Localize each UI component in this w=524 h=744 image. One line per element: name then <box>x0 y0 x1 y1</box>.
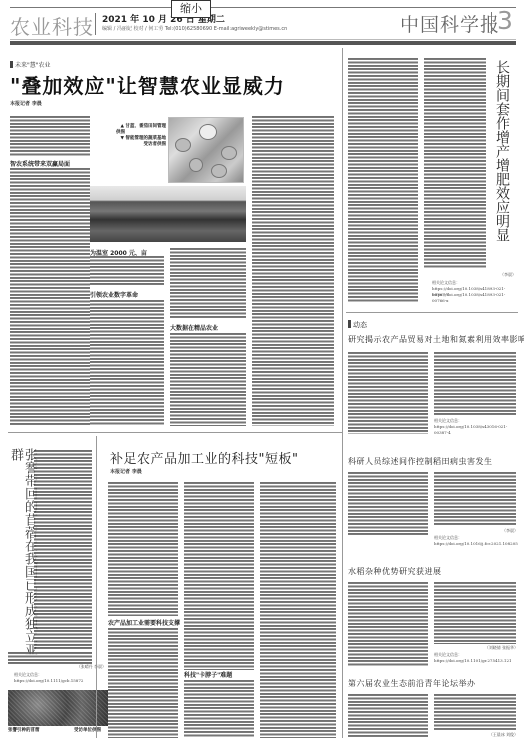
lead-body-text <box>170 248 246 318</box>
cabbage-closeup-photo <box>168 117 244 183</box>
news-headline-3[interactable]: 水稻杂种优势研究获进展 <box>348 566 442 577</box>
news-headline-2[interactable]: 科研人员综述间作控制稻田病虫害发生 <box>348 456 493 467</box>
lead-body-text <box>90 256 164 286</box>
farm-field-photo <box>90 186 246 242</box>
news-body-text <box>348 582 428 666</box>
left-reporter: （张晴丹 李晨） <box>66 664 106 670</box>
left-story-text <box>8 652 92 664</box>
news-body-text <box>434 472 516 526</box>
page-number: 3 <box>497 6 513 35</box>
news-section-label: 动态 <box>348 320 367 330</box>
middle-byline: 本报记者 李晨 <box>110 468 142 475</box>
left-photo-caption: 张謇引种的苜蓿 <box>8 728 40 734</box>
section-divider <box>8 432 342 433</box>
news-source-link-2[interactable]: 相关论文信息：https://doi.org/10.1016/j.fcr.202… <box>434 535 518 547</box>
middle-subhead-2: 科技"卡脖子"难题 <box>184 670 232 679</box>
editor-credits: 编辑 / 冯丽妃 校对 / 何工劳 Tel:(010)62580690 E-ma… <box>102 25 287 32</box>
newspaper-page: 农业科技 2021 年 10 月 26 日 星期二 编辑 / 冯丽妃 校对 / … <box>0 0 524 744</box>
middle-subhead-1: 农产品加工业需要科技支撑 <box>108 618 180 627</box>
lead-body-text <box>10 168 90 426</box>
lead-body-text <box>252 116 334 426</box>
news-source-link-3[interactable]: 相关论文信息：https://doi.org/10.1101/gr.275413… <box>434 652 518 664</box>
news-body-text <box>434 694 516 730</box>
news-reporter-3: （刘晓倩 张振华） <box>434 645 518 651</box>
news-source-link-1[interactable]: 相关论文信息：https://doi.org/10.1038/s43016-02… <box>434 418 518 436</box>
news-reporter-2: （李晨） <box>434 528 518 534</box>
lead-subhead-3: 引领农业数字革命 <box>90 290 138 299</box>
left-vertical-headline[interactable]: 张謇带回的苜蓿在我国已形成独立亚群 <box>8 448 36 668</box>
right-source-link-2[interactable]: https://doi.org/10.1038/s41893-021-00766… <box>432 292 516 304</box>
masthead-thin-rule <box>10 39 516 40</box>
middle-story-text <box>108 482 178 616</box>
news-body-text <box>348 352 428 434</box>
zoom-out-button[interactable]: 缩小 <box>171 0 211 18</box>
masthead-top-rule <box>10 7 516 8</box>
middle-story-text <box>260 482 336 738</box>
lead-kicker: 未来"慧"农业 <box>10 60 51 69</box>
news-body-text <box>348 694 428 738</box>
page-number-divider <box>491 12 492 34</box>
photo-caption-top: ▲ 甘蓝、番茄田间管理 供图 ▼ 智能管理的蔬菜基地 受访者供图 <box>116 124 166 148</box>
section-divider <box>346 312 518 313</box>
middle-story-text <box>184 680 254 738</box>
lead-body-text <box>170 333 246 426</box>
news-headline-4[interactable]: 第六届农业生态前沿青年论坛举办 <box>348 678 476 689</box>
column-divider <box>96 436 97 738</box>
lead-subhead-1: 智农系统带来双赢局面 <box>10 159 70 168</box>
news-reporter-4: （王晨冰 刘俊） <box>434 732 518 738</box>
newspaper-logo: 中国科学报 <box>400 10 500 37</box>
lead-headline[interactable]: "叠加效应"让智慧农业显威力 <box>10 70 285 99</box>
lead-subhead-4: 大数据在精品农业 <box>170 323 218 332</box>
right-vertical-headline[interactable]: 长期间套作增产增肥效应明显 <box>494 60 510 270</box>
alfalfa-photo <box>8 690 108 726</box>
right-story-text <box>348 58 418 302</box>
masthead-divider <box>95 13 96 35</box>
news-body-text <box>434 352 516 416</box>
lead-body-text <box>10 116 90 156</box>
lead-body-text <box>90 300 164 426</box>
caption-line: 受访者供图 <box>116 142 166 148</box>
left-source-link[interactable]: 相关论文信息：https://doi.org/10.1111/gcb.15872 <box>14 672 108 684</box>
news-headline-1[interactable]: 研究揭示农产品贸易对土地和氮素利用效率影响 <box>348 334 524 345</box>
left-story-text <box>34 450 92 650</box>
section-name: 农业科技 <box>10 11 94 40</box>
middle-headline[interactable]: 补足农产品加工业的科技"短板" <box>110 448 298 467</box>
lead-byline: 本报记者 李晨 <box>10 100 42 107</box>
masthead-thick-rule <box>10 41 516 45</box>
right-story-text <box>424 58 486 268</box>
middle-story-text <box>184 482 254 670</box>
news-body-text <box>434 582 516 644</box>
right-reporter: （李晨） <box>432 272 516 278</box>
news-body-text <box>348 472 428 536</box>
column-divider <box>342 48 343 738</box>
middle-story-text <box>108 628 178 738</box>
